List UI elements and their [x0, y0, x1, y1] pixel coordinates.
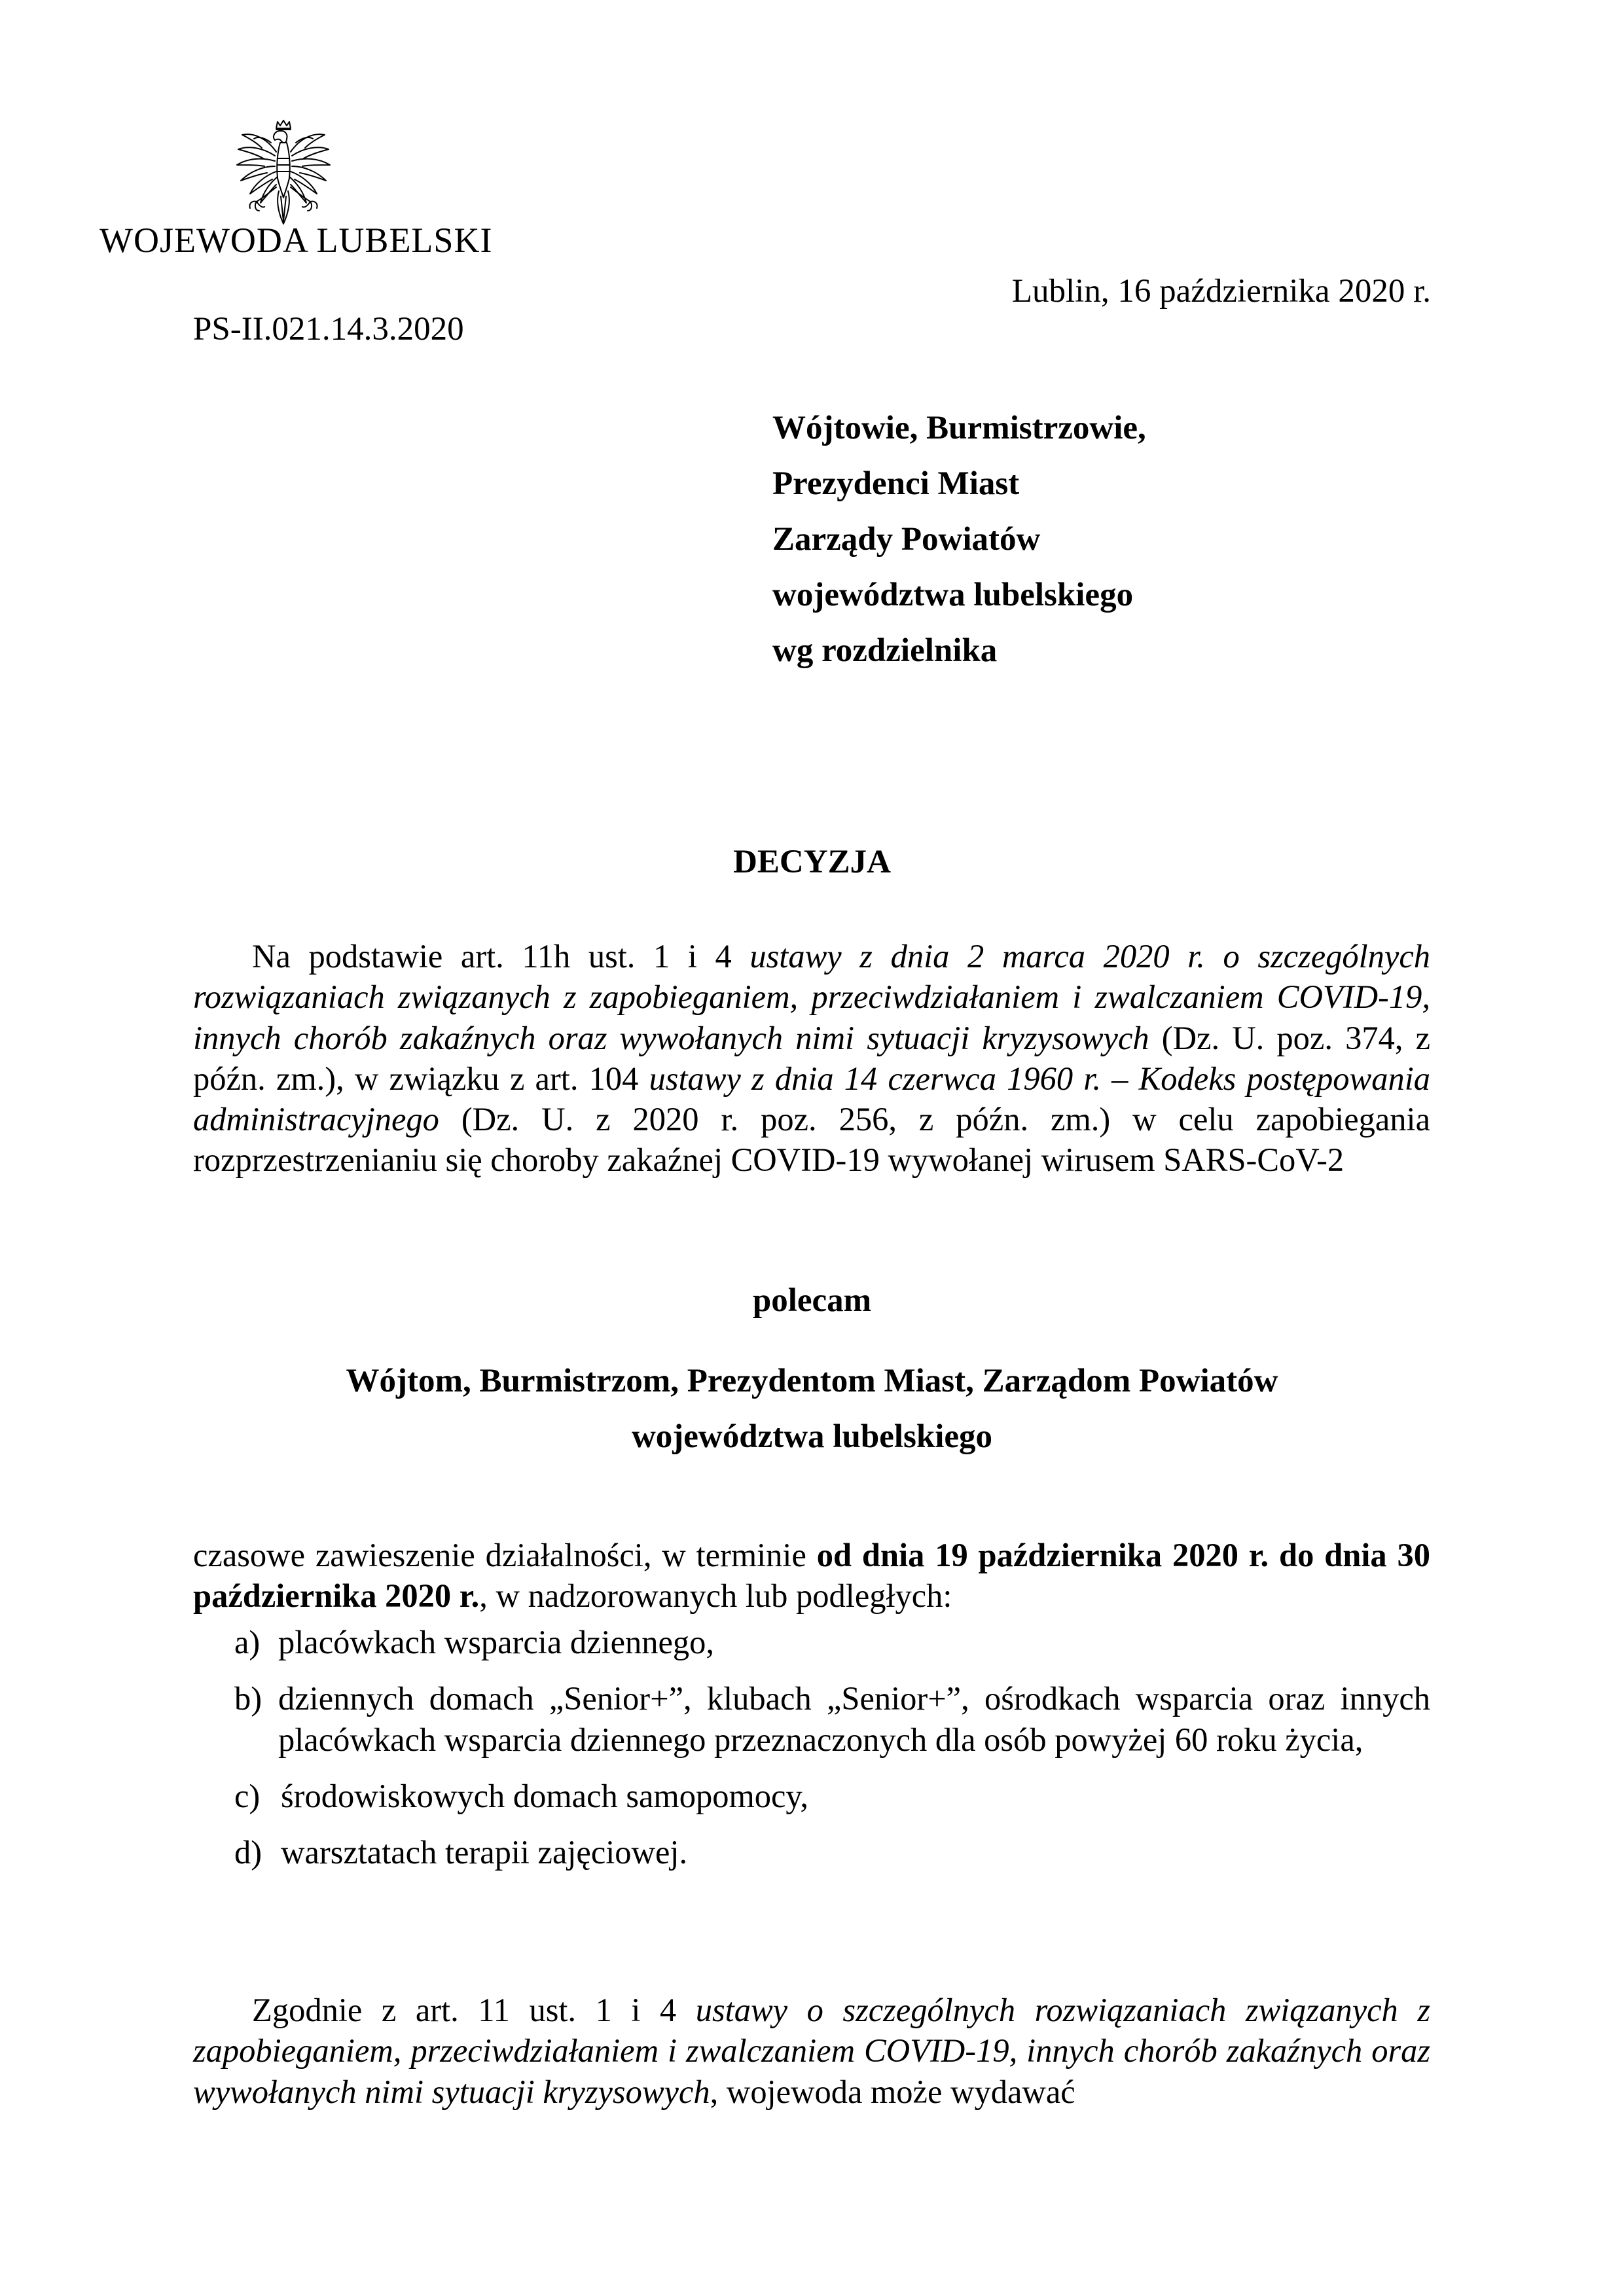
place-and-date: Lublin, 16 października 2020 r.	[1012, 275, 1431, 308]
coat-of-arms-eagle-icon	[234, 119, 333, 227]
list-marker: c)	[234, 1776, 260, 1816]
order-verb: polecam	[0, 1284, 1624, 1318]
justification-text: , wojewoda może wydawać	[710, 2073, 1075, 2110]
addressees-block: Wójtowie, Burmistrzowie, Prezydenci Mias…	[772, 401, 1146, 679]
legal-basis-paragraph: Na podstawie art. 11h ust. 1 i 4 ustawy …	[193, 936, 1430, 1181]
addressee-line: wg rozdzielnika	[772, 623, 1146, 679]
addressee-line: Prezydenci Miast	[772, 456, 1146, 512]
addressee-line: województwa lubelskiego	[772, 567, 1146, 623]
list-marker: d)	[234, 1832, 262, 1873]
facilities-list: a) placówkach wsparcia dziennego, b) dzi…	[234, 1622, 1430, 1888]
list-item: b) dziennych domach „Senior+”, klubach „…	[234, 1678, 1430, 1760]
list-item-text: dziennych domach „Senior+”, klubach „Sen…	[278, 1680, 1430, 1757]
list-item: c) środowiskowych domach samopomocy,	[234, 1776, 1430, 1816]
addressee-line: Wójtowie, Burmistrzowie,	[772, 401, 1146, 456]
suspension-outro: , w nadzorowanych lub podległych:	[479, 1577, 952, 1614]
addressee-line: Zarządy Powiatów	[772, 512, 1146, 567]
list-item-text: warsztatach terapii zajęciowej.	[278, 1832, 1430, 1873]
document-page: WOJEWODA LUBELSKI Lublin, 16 październik…	[0, 0, 1624, 2296]
suspension-paragraph: czasowe zawieszenie działalności, w term…	[193, 1535, 1430, 1617]
reference-number: PS-II.021.14.3.2020	[193, 313, 464, 346]
issuer-name: WOJEWODA LUBELSKI	[99, 223, 492, 258]
legal-basis-text: Na podstawie art. 11h ust. 1 i 4	[252, 938, 749, 975]
recipients-line: Wójtom, Burmistrzom, Prezydentom Miast, …	[0, 1365, 1624, 1398]
list-item: d) warsztatach terapii zajęciowej.	[234, 1832, 1430, 1873]
list-marker: b)	[234, 1678, 262, 1719]
list-item-text: placówkach wsparcia dziennego,	[278, 1624, 714, 1660]
justification-text: Zgodnie z art. 11 ust. 1 i 4	[252, 1992, 696, 2028]
justification-paragraph: Zgodnie z art. 11 ust. 1 i 4 ustawy o sz…	[193, 1990, 1430, 2112]
list-item: a) placówkach wsparcia dziennego,	[234, 1622, 1430, 1662]
suspension-intro: czasowe zawieszenie działalności, w term…	[193, 1537, 817, 1573]
document-title: DECYZJA	[0, 846, 1624, 879]
list-marker: a)	[234, 1622, 260, 1662]
list-item-text: środowiskowych domach samopomocy,	[278, 1776, 1430, 1816]
recipients-line: województwa lubelskiego	[0, 1420, 1624, 1454]
